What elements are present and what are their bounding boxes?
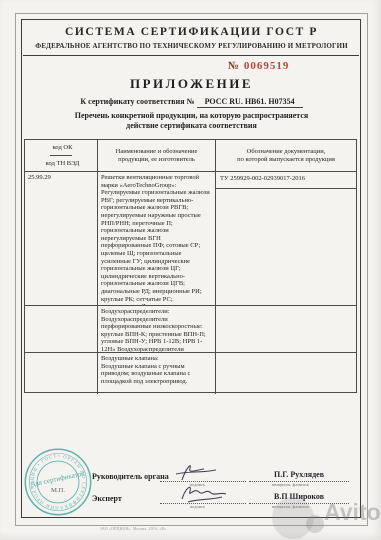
head-signature <box>172 460 234 482</box>
table-row-code <box>25 306 98 353</box>
expert-signature-caption: подпись <box>190 505 205 509</box>
cert-reference-line: К сертификату соответствия № РОСС RU. НВ… <box>22 97 361 106</box>
table-row-code: 25.99.29 <box>25 172 98 306</box>
certificate-page: СИСТЕМА СЕРТИФИКАЦИИ ГОСТ Р ФЕДЕРАЛЬНОЕ … <box>0 0 381 540</box>
header-rule <box>23 55 359 56</box>
table-row-doc-cell: ТУ 259929-002-02939017-2016 <box>216 172 356 306</box>
system-title: СИСТЕМА СЕРТИФИКАЦИИ ГОСТ Р <box>22 26 361 38</box>
watermark-circle-icon <box>306 515 324 533</box>
cert-reference-label: К сертификату соответствия № <box>80 97 194 106</box>
head-signature-line <box>160 481 246 482</box>
table-row-name: Воздушные клапана: Воздушные клапана с р… <box>98 353 216 394</box>
table-row-code <box>25 353 98 394</box>
cert-number: РОСС RU. НВ61. Н07354 <box>197 97 303 108</box>
table-row-name: Решетки вентиляционные торговой марки «A… <box>98 172 216 306</box>
head-name-line <box>249 481 349 482</box>
product-table: код ОК код ТН ВЭД Наименование и обознач… <box>24 139 357 393</box>
header-code-tnved: код ТН ВЭД <box>43 156 80 171</box>
head-role-label: Руководитель органа <box>92 472 169 481</box>
table-row-name: Воздухораспределители: Воздухораспредели… <box>98 306 216 353</box>
table-row-doc-cell <box>216 353 356 394</box>
agency-title: ФЕДЕРАЛЬНОЕ АГЕНТСТВО ПО ТЕХНИЧЕСКОМУ РЕ… <box>22 43 361 50</box>
blank-number: № 0069519 <box>228 60 289 72</box>
tu-document-number: ТУ 259929-002-02939017-2016 <box>216 172 356 189</box>
blank-number-digits: 0069519 <box>244 60 290 72</box>
list-subtitle: Перечень конкретной продукции, на котору… <box>22 111 361 130</box>
head-name: П.Г. Рухлядев <box>249 470 349 479</box>
table-header-codes: код ОК код ТН ВЭД <box>25 140 98 172</box>
expert-role-label: Эксперт <box>92 494 122 503</box>
certification-stamp: • ОРГАН ПО СЕРТИФИКАЦИИ ПРОДУКЦИИ • ГОСТ… <box>12 436 104 528</box>
printer-imprint: ЗАО «ОПЦИОН», Москва, 2016, «В». <box>100 527 168 531</box>
doc-title: ПРИЛОЖЕНИЕ <box>22 76 361 92</box>
watermark-text: Avito <box>324 499 381 526</box>
expert-signature-line <box>160 503 246 504</box>
avito-watermark: Avito <box>264 495 379 540</box>
table-header-doc: Обозначение документации, по которой вып… <box>216 140 356 172</box>
header-code-ok: код ОК <box>50 140 73 156</box>
table-header-name: Наименование и обозначение продукции, ее… <box>98 140 216 172</box>
expert-signature <box>178 483 234 503</box>
stamp-mp-mark: М.П. <box>51 487 65 494</box>
table-row-doc-cell <box>216 306 356 353</box>
head-name-caption: инициалы, фамилия <box>272 483 309 487</box>
number-sign: № <box>228 60 240 72</box>
stamp-band-text: Для сертификатов <box>30 469 86 488</box>
